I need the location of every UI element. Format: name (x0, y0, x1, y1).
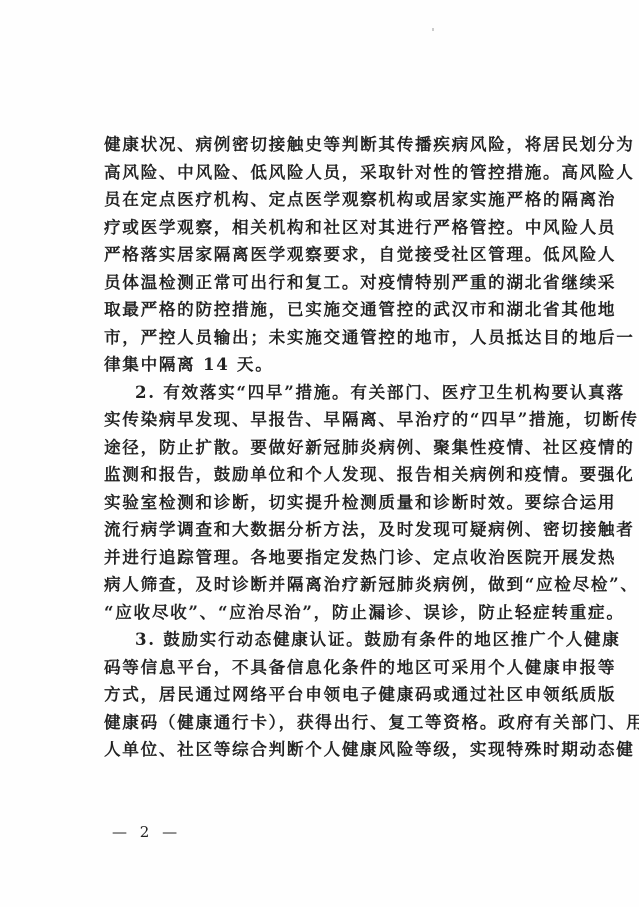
text-line: 高风险、中风险、低风险人员，采取针对性的管控措施。高风险人 (104, 159, 524, 187)
text-line: 3. 鼓励实行动态健康认证。鼓励有条件的地区推广个人健康 (104, 626, 524, 654)
text-line: 严格落实居家隔离医学观察要求，自觉接受社区管理。低风险人 (104, 241, 524, 269)
text-line: 实验室检测和诊断，切实提升检测质量和诊断时效。要综合运用 (104, 489, 524, 517)
text-line: 健康码（健康通行卡），获得出行、复工等资格。政府有关部门、用 (104, 709, 524, 737)
text-line: 律集中隔离 14 天。 (104, 351, 524, 379)
text-line: 监测和报告，鼓励单位和个人发现、报告相关病例和疫情。要强化 (104, 461, 524, 489)
text-line: 疗或医学观察，相关机构和社区对其进行严格管控。中风险人员 (104, 214, 524, 242)
text-line: 病人筛查，及时诊断并隔离治疗新冠肺炎病例，做到“应检尽检”、 (104, 571, 524, 599)
text-line: 市，严控人员输出；未实施交通管控的地市，人员抵达目的地后一 (104, 324, 524, 352)
scan-speck (432, 28, 434, 31)
text-line: 实传染病早发现、早报告、早隔离、早治疗的“四早”措施，切断传播 (104, 406, 524, 434)
text-line: 人单位、社区等综合判断个人健康风险等级，实现特殊时期动态健 (104, 736, 524, 764)
text-line: 取最严格的防控措施，已实施交通管控的武汉市和湖北省其他地 (104, 296, 524, 324)
text-line: 码等信息平台，不具备信息化条件的地区可采用个人健康申报等 (104, 654, 524, 682)
text-line: 员在定点医疗机构、定点医学观察机构或居家实施严格的隔离治 (104, 186, 524, 214)
page-number: — 2 — (112, 823, 181, 841)
text-line: 流行病学调查和大数据分析方法，及时发现可疑病例、密切接触者 (104, 516, 524, 544)
text-line: 健康状况、病例密切接触史等判断其传播疾病风险，将居民划分为 (104, 131, 524, 159)
text-line: 员体温检测正常可出行和复工。对疫情特别严重的湖北省继续采 (104, 269, 524, 297)
text-line: 2. 有效落实“四早”措施。有关部门、医疗卫生机构要认真落 (104, 379, 524, 407)
document-page: 健康状况、病例密切接触史等判断其传播疾病风险，将居民划分为高风险、中风险、低风险… (0, 0, 639, 907)
text-line: 并进行追踪管理。各地要指定发热门诊、定点收治医院开展发热 (104, 544, 524, 572)
text-line: 途径，防止扩散。要做好新冠肺炎病例、聚集性疫情、社区疫情的 (104, 434, 524, 462)
text-line: 方式，居民通过网络平台申领电子健康码或通过社区申领纸质版 (104, 681, 524, 709)
body-text: 健康状况、病例密切接触史等判断其传播疾病风险，将居民划分为高风险、中风险、低风险… (104, 131, 524, 764)
text-line: “应收尽收”、“应治尽治”，防止漏诊、误诊，防止轻症转重症。 (104, 599, 524, 627)
